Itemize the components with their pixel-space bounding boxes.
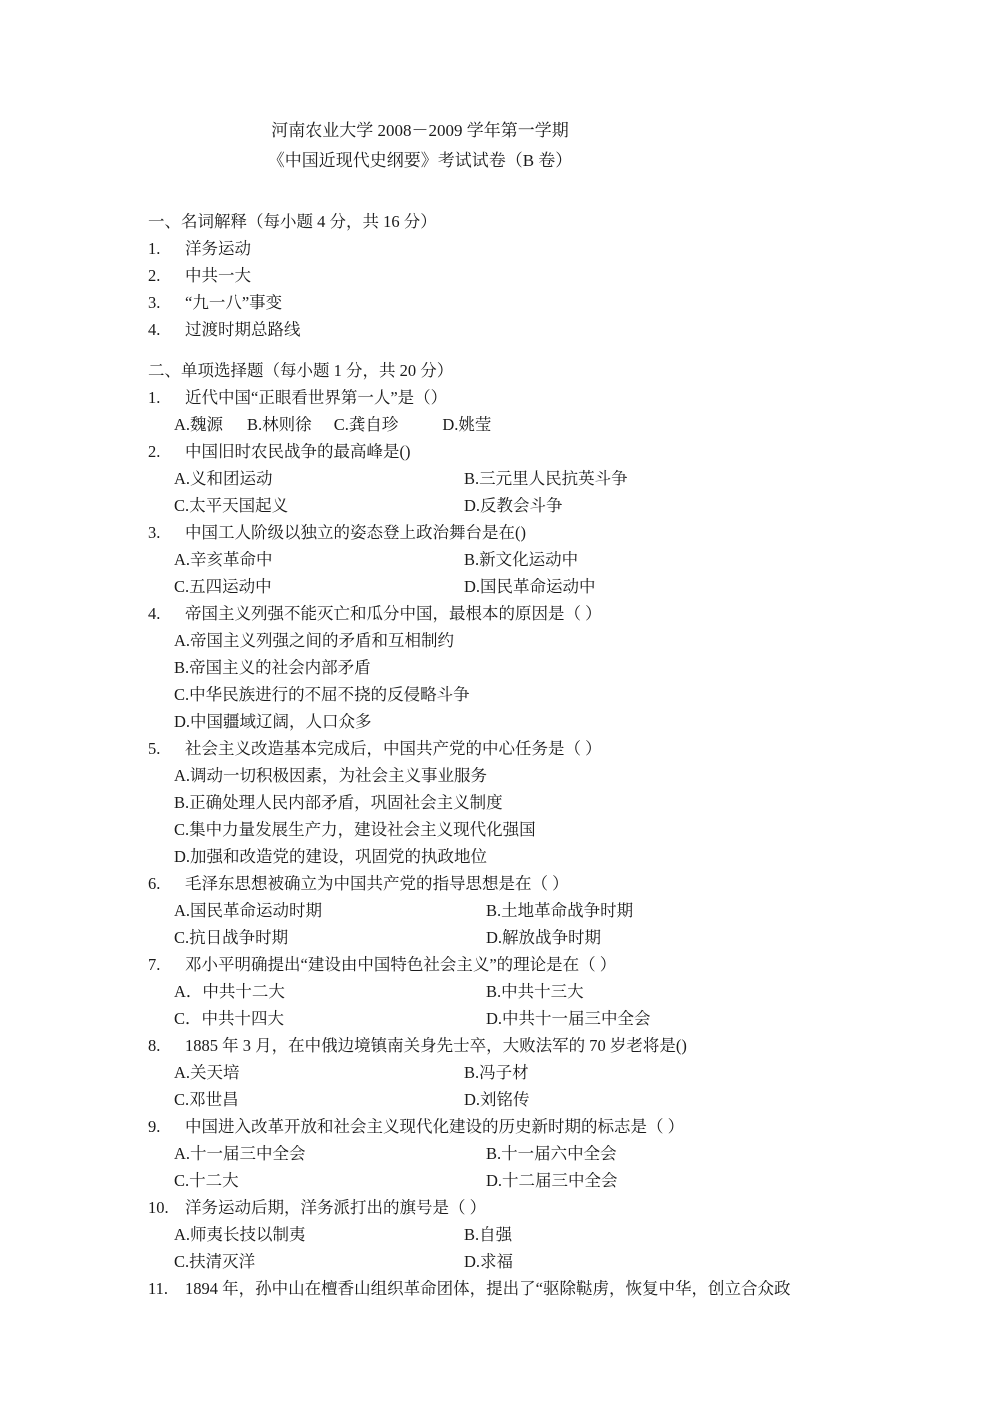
options-stacked: A.帝国主义列强之间的矛盾和互相制约B.帝国主义的社会内部矛盾C.中华民族进行的… bbox=[148, 627, 913, 735]
option-text: B.土地革命战争时期 bbox=[486, 897, 633, 924]
options-two-col: A.关天培B.冯子材C.邓世昌D.刘铭传 bbox=[148, 1059, 913, 1113]
term-number: 2. bbox=[148, 262, 185, 289]
term-label: 洋务运动 bbox=[185, 235, 251, 262]
question-item: 2.中国旧时农民战争的最高峰是()A.义和团运动B.三元里人民抗英斗争C.太平天… bbox=[148, 438, 913, 519]
question-text: 毛泽东思想被确立为中国共产党的指导思想是在（ ） bbox=[185, 870, 569, 897]
term-item: 4.过渡时期总路线 bbox=[148, 316, 913, 343]
question-head: 9.中国进入改革开放和社会主义现代化建设的历史新时期的标志是（ ） bbox=[148, 1113, 913, 1140]
question-head: 2.中国旧时农民战争的最高峰是() bbox=[148, 438, 913, 465]
term-label: “九一八”事变 bbox=[185, 289, 282, 316]
term-label: 中共一大 bbox=[185, 262, 251, 289]
options-row: A.辛亥革命中B.新文化运动中 bbox=[174, 546, 913, 573]
question-text: 帝国主义列强不能灭亡和瓜分中国，最根本的原因是（ ） bbox=[185, 600, 602, 627]
exam-subtitle: 《中国近现代史纲要》考试试卷（B 卷） bbox=[148, 146, 692, 176]
options-row: C.邓世昌D.刘铭传 bbox=[174, 1086, 913, 1113]
question-text: 近代中国“正眼看世界第一人”是（） bbox=[185, 384, 447, 411]
section-terms-heading: 一、名词解释（每小题 4 分，共 16 分） bbox=[148, 208, 913, 235]
option-text: C.邓世昌 bbox=[174, 1086, 464, 1113]
options-row: A.国民革命运动时期B.土地革命战争时期 bbox=[174, 897, 913, 924]
question-number: 1. bbox=[148, 384, 185, 411]
option-text: C.抗日战争时期 bbox=[174, 924, 486, 951]
question-head: 7.邓小平明确提出“建设由中国特色社会主义”的理论是在（ ） bbox=[148, 951, 913, 978]
question-item: 6.毛泽东思想被确立为中国共产党的指导思想是在（ ）A.国民革命运动时期B.土地… bbox=[148, 870, 913, 951]
option-text: B.十一届六中全会 bbox=[486, 1140, 617, 1167]
option-text: D.解放战争时期 bbox=[486, 924, 601, 951]
question-text: 洋务运动后期，洋务派打出的旗号是（ ） bbox=[185, 1194, 486, 1221]
options-row: C.太平天国起义D.反教会斗争 bbox=[174, 492, 913, 519]
option-text: D.求福 bbox=[464, 1248, 513, 1275]
options-two-col: A.十一届三中全会B.十一届六中全会C.十二大D.十二届三中全会 bbox=[148, 1140, 913, 1194]
option-text: B.冯子材 bbox=[464, 1059, 529, 1086]
question-number: 6. bbox=[148, 870, 185, 897]
section-mcq-heading: 二、单项选择题（每小题 1 分，共 20 分） bbox=[148, 357, 913, 384]
exam-title: 河南农业大学 2008－2009 学年第一学期 bbox=[148, 116, 692, 146]
options-two-col: A.师夷长技以制夷B.自强C.扶清灭洋D.求福 bbox=[148, 1221, 913, 1275]
option-text: A.师夷长技以制夷 bbox=[174, 1221, 464, 1248]
question-head: 10.洋务运动后期，洋务派打出的旗号是（ ） bbox=[148, 1194, 913, 1221]
term-item: 1.洋务运动 bbox=[148, 235, 913, 262]
option-text: A.国民革命运动时期 bbox=[174, 897, 486, 924]
option-text: D.中国疆域辽阔，人口众多 bbox=[174, 708, 913, 735]
option-text: A.魏源 bbox=[174, 411, 223, 438]
options-row: A.义和团运动B.三元里人民抗英斗争 bbox=[174, 465, 913, 492]
option-text: B.林则徐 bbox=[247, 411, 312, 438]
option-text: C.扶清灭洋 bbox=[174, 1248, 464, 1275]
option-text: C．中共十四大 bbox=[174, 1005, 486, 1032]
question-number: 11. bbox=[148, 1275, 185, 1302]
question-item: 7.邓小平明确提出“建设由中国特色社会主义”的理论是在（ ）A．中共十二大B.中… bbox=[148, 951, 913, 1032]
options-two-col: A.辛亥革命中B.新文化运动中C.五四运动中D.国民革命运动中 bbox=[148, 546, 913, 600]
option-text: B.中共十三大 bbox=[486, 978, 584, 1005]
question-item: 11.1894 年，孙中山在檀香山组织革命团体，提出了“驱除鞑虏，恢复中华，创立… bbox=[148, 1275, 913, 1302]
option-text: A.十一届三中全会 bbox=[174, 1140, 486, 1167]
option-text: A.义和团运动 bbox=[174, 465, 464, 492]
options-row: A.关天培B.冯子材 bbox=[174, 1059, 913, 1086]
option-text: C.十二大 bbox=[174, 1167, 486, 1194]
question-number: 2. bbox=[148, 438, 185, 465]
option-text: B.正确处理人民内部矛盾，巩固社会主义制度 bbox=[174, 789, 913, 816]
option-text: D.反教会斗争 bbox=[464, 492, 563, 519]
question-head: 5.社会主义改造基本完成后，中国共产党的中心任务是（ ） bbox=[148, 735, 913, 762]
question-head: 11.1894 年，孙中山在檀香山组织革命团体，提出了“驱除鞑虏，恢复中华，创立… bbox=[148, 1275, 913, 1302]
options-row: C.十二大D.十二届三中全会 bbox=[174, 1167, 913, 1194]
option-text: D.刘铭传 bbox=[464, 1086, 530, 1113]
question-head: 8.1885 年 3 月，在中俄边境镇南关身先士卒，大败法军的 70 岁老将是(… bbox=[148, 1032, 913, 1059]
term-number: 1. bbox=[148, 235, 185, 262]
question-text: 邓小平明确提出“建设由中国特色社会主义”的理论是在（ ） bbox=[185, 951, 616, 978]
term-number: 4. bbox=[148, 316, 185, 343]
option-text: C.中华民族进行的不屈不挠的反侵略斗争 bbox=[174, 681, 913, 708]
option-text: A.辛亥革命中 bbox=[174, 546, 464, 573]
question-head: 4.帝国主义列强不能灭亡和瓜分中国，最根本的原因是（ ） bbox=[148, 600, 913, 627]
question-text: 1885 年 3 月，在中俄边境镇南关身先士卒，大败法军的 70 岁老将是() bbox=[185, 1032, 687, 1059]
options-row: C．中共十四大D.中共十一届三中全会 bbox=[174, 1005, 913, 1032]
options-inline: A.魏源B.林则徐C.龚自珍D.姚莹 bbox=[148, 411, 913, 438]
option-text: A.调动一切积极因素，为社会主义事业服务 bbox=[174, 762, 913, 789]
exam-paper-page: 河南农业大学 2008－2009 学年第一学期 《中国近现代史纲要》考试试卷（B… bbox=[0, 0, 993, 1404]
exam-header: 河南农业大学 2008－2009 学年第一学期 《中国近现代史纲要》考试试卷（B… bbox=[148, 116, 692, 176]
option-text: D.中共十一届三中全会 bbox=[486, 1005, 651, 1032]
question-number: 3. bbox=[148, 519, 185, 546]
option-text: B.自强 bbox=[464, 1221, 512, 1248]
question-text: 中国工人阶级以独立的姿态登上政治舞台是在() bbox=[185, 519, 526, 546]
option-text: C.太平天国起义 bbox=[174, 492, 464, 519]
term-number: 3. bbox=[148, 289, 185, 316]
question-item: 5.社会主义改造基本完成后，中国共产党的中心任务是（ ）A.调动一切积极因素，为… bbox=[148, 735, 913, 870]
question-number: 9. bbox=[148, 1113, 185, 1140]
options-two-col: A.国民革命运动时期B.土地革命战争时期C.抗日战争时期D.解放战争时期 bbox=[148, 897, 913, 951]
term-item: 3.“九一八”事变 bbox=[148, 289, 913, 316]
question-number: 10. bbox=[148, 1194, 185, 1221]
option-text: D.加强和改造党的建设，巩固党的执政地位 bbox=[174, 843, 913, 870]
question-head: 1.近代中国“正眼看世界第一人”是（） bbox=[148, 384, 913, 411]
option-text: A．中共十二大 bbox=[174, 978, 486, 1005]
options-row: A．中共十二大B.中共十三大 bbox=[174, 978, 913, 1005]
options-row: A.十一届三中全会B.十一届六中全会 bbox=[174, 1140, 913, 1167]
question-item: 1.近代中国“正眼看世界第一人”是（）A.魏源B.林则徐C.龚自珍D.姚莹 bbox=[148, 384, 913, 438]
option-text: C.五四运动中 bbox=[174, 573, 464, 600]
options-two-col: A.义和团运动B.三元里人民抗英斗争C.太平天国起义D.反教会斗争 bbox=[148, 465, 913, 519]
question-number: 5. bbox=[148, 735, 185, 762]
question-number: 4. bbox=[148, 600, 185, 627]
question-text: 1894 年，孙中山在檀香山组织革命团体，提出了“驱除鞑虏，恢复中华，创立合众政 bbox=[185, 1275, 790, 1302]
option-text: B.三元里人民抗英斗争 bbox=[464, 465, 628, 492]
question-item: 3.中国工人阶级以独立的姿态登上政治舞台是在()A.辛亥革命中B.新文化运动中C… bbox=[148, 519, 913, 600]
option-text: A.关天培 bbox=[174, 1059, 464, 1086]
question-text: 中国旧时农民战争的最高峰是() bbox=[185, 438, 411, 465]
term-item: 2.中共一大 bbox=[148, 262, 913, 289]
question-item: 4.帝国主义列强不能灭亡和瓜分中国，最根本的原因是（ ）A.帝国主义列强之间的矛… bbox=[148, 600, 913, 735]
option-text: C.集中力量发展生产力，建设社会主义现代化强国 bbox=[174, 816, 913, 843]
options-row: C.扶清灭洋D.求福 bbox=[174, 1248, 913, 1275]
options-row: C.抗日战争时期D.解放战争时期 bbox=[174, 924, 913, 951]
questions-list: 1.近代中国“正眼看世界第一人”是（）A.魏源B.林则徐C.龚自珍D.姚莹2.中… bbox=[148, 384, 913, 1302]
question-item: 10.洋务运动后期，洋务派打出的旗号是（ ）A.师夷长技以制夷B.自强C.扶清灭… bbox=[148, 1194, 913, 1275]
options-two-col: A．中共十二大B.中共十三大C．中共十四大D.中共十一届三中全会 bbox=[148, 978, 913, 1032]
options-row: C.五四运动中D.国民革命运动中 bbox=[174, 573, 913, 600]
question-text: 中国进入改革开放和社会主义现代化建设的历史新时期的标志是（ ） bbox=[185, 1113, 684, 1140]
question-head: 3.中国工人阶级以独立的姿态登上政治舞台是在() bbox=[148, 519, 913, 546]
question-number: 8. bbox=[148, 1032, 185, 1059]
option-text: A.帝国主义列强之间的矛盾和互相制约 bbox=[174, 627, 913, 654]
option-text: B.帝国主义的社会内部矛盾 bbox=[174, 654, 913, 681]
question-item: 8.1885 年 3 月，在中俄边境镇南关身先士卒，大败法军的 70 岁老将是(… bbox=[148, 1032, 913, 1113]
question-item: 9.中国进入改革开放和社会主义现代化建设的历史新时期的标志是（ ）A.十一届三中… bbox=[148, 1113, 913, 1194]
question-head: 6.毛泽东思想被确立为中国共产党的指导思想是在（ ） bbox=[148, 870, 913, 897]
question-number: 7. bbox=[148, 951, 185, 978]
option-text: D.姚莹 bbox=[442, 411, 491, 438]
term-label: 过渡时期总路线 bbox=[185, 316, 301, 343]
option-text: C.龚自珍 bbox=[334, 411, 399, 438]
terms-list: 1.洋务运动2.中共一大3.“九一八”事变4.过渡时期总路线 bbox=[148, 235, 913, 343]
question-text: 社会主义改造基本完成后，中国共产党的中心任务是（ ） bbox=[185, 735, 602, 762]
option-text: D.国民革命运动中 bbox=[464, 573, 596, 600]
options-stacked: A.调动一切积极因素，为社会主义事业服务B.正确处理人民内部矛盾，巩固社会主义制… bbox=[148, 762, 913, 870]
options-row: A.师夷长技以制夷B.自强 bbox=[174, 1221, 913, 1248]
option-text: B.新文化运动中 bbox=[464, 546, 578, 573]
option-text: D.十二届三中全会 bbox=[486, 1167, 618, 1194]
